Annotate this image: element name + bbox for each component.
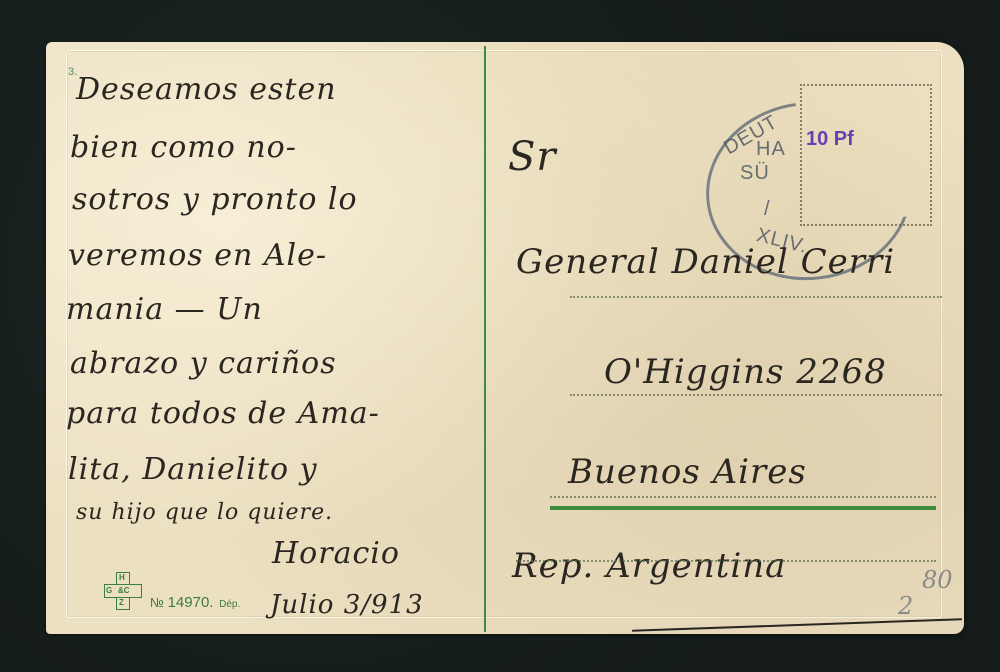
publisher-number: № 14970. Dép. xyxy=(150,594,240,611)
postcard: 3. Deseamos esten bien como no- sotros y… xyxy=(46,42,964,634)
address-city: Buenos Aires xyxy=(568,452,807,492)
country-underline xyxy=(632,618,962,632)
pencil-price-note: 2 xyxy=(898,592,913,620)
publisher-logo-icon: H G &C Z xyxy=(104,572,140,608)
message-line-7: para todos de Ama- xyxy=(66,396,380,431)
address-green-rule xyxy=(550,506,936,510)
address-line-3 xyxy=(550,496,936,498)
salutation: Sr xyxy=(508,134,557,180)
signature: Horacio xyxy=(272,536,400,571)
message-line-1: Deseamos esten xyxy=(76,72,337,107)
message-line-4: veremos en Ale- xyxy=(68,238,327,273)
message-line-3: sotros y pronto lo xyxy=(72,182,358,217)
message-line-2: bien como no- xyxy=(70,130,297,165)
address-line-4 xyxy=(516,560,936,562)
address-street: O'Higgins 2268 xyxy=(604,352,887,392)
address-name: General Daniel Cerri xyxy=(516,242,895,282)
postage-due-stamp: 10 Pf xyxy=(806,128,854,151)
postmark-line-3: SÜ xyxy=(740,162,770,185)
center-divider-line xyxy=(484,46,486,632)
address-country: Rep. Argentina xyxy=(512,546,786,586)
address-line-2 xyxy=(570,394,942,396)
message-line-8: lita, Danielito y xyxy=(68,452,318,487)
postmark-line-4: / xyxy=(764,198,771,221)
pencil-extra-note: 80 xyxy=(922,566,953,594)
message-line-9: su hijo que lo quiere. xyxy=(76,500,333,525)
date: Julio 3/913 xyxy=(270,590,424,620)
message-line-5: mania — Un xyxy=(66,292,263,327)
stamp-placement-box xyxy=(800,84,932,226)
address-line-1 xyxy=(570,296,942,298)
message-line-6: abrazo y cariños xyxy=(70,346,337,381)
postmark-line-2: HA xyxy=(756,138,786,161)
